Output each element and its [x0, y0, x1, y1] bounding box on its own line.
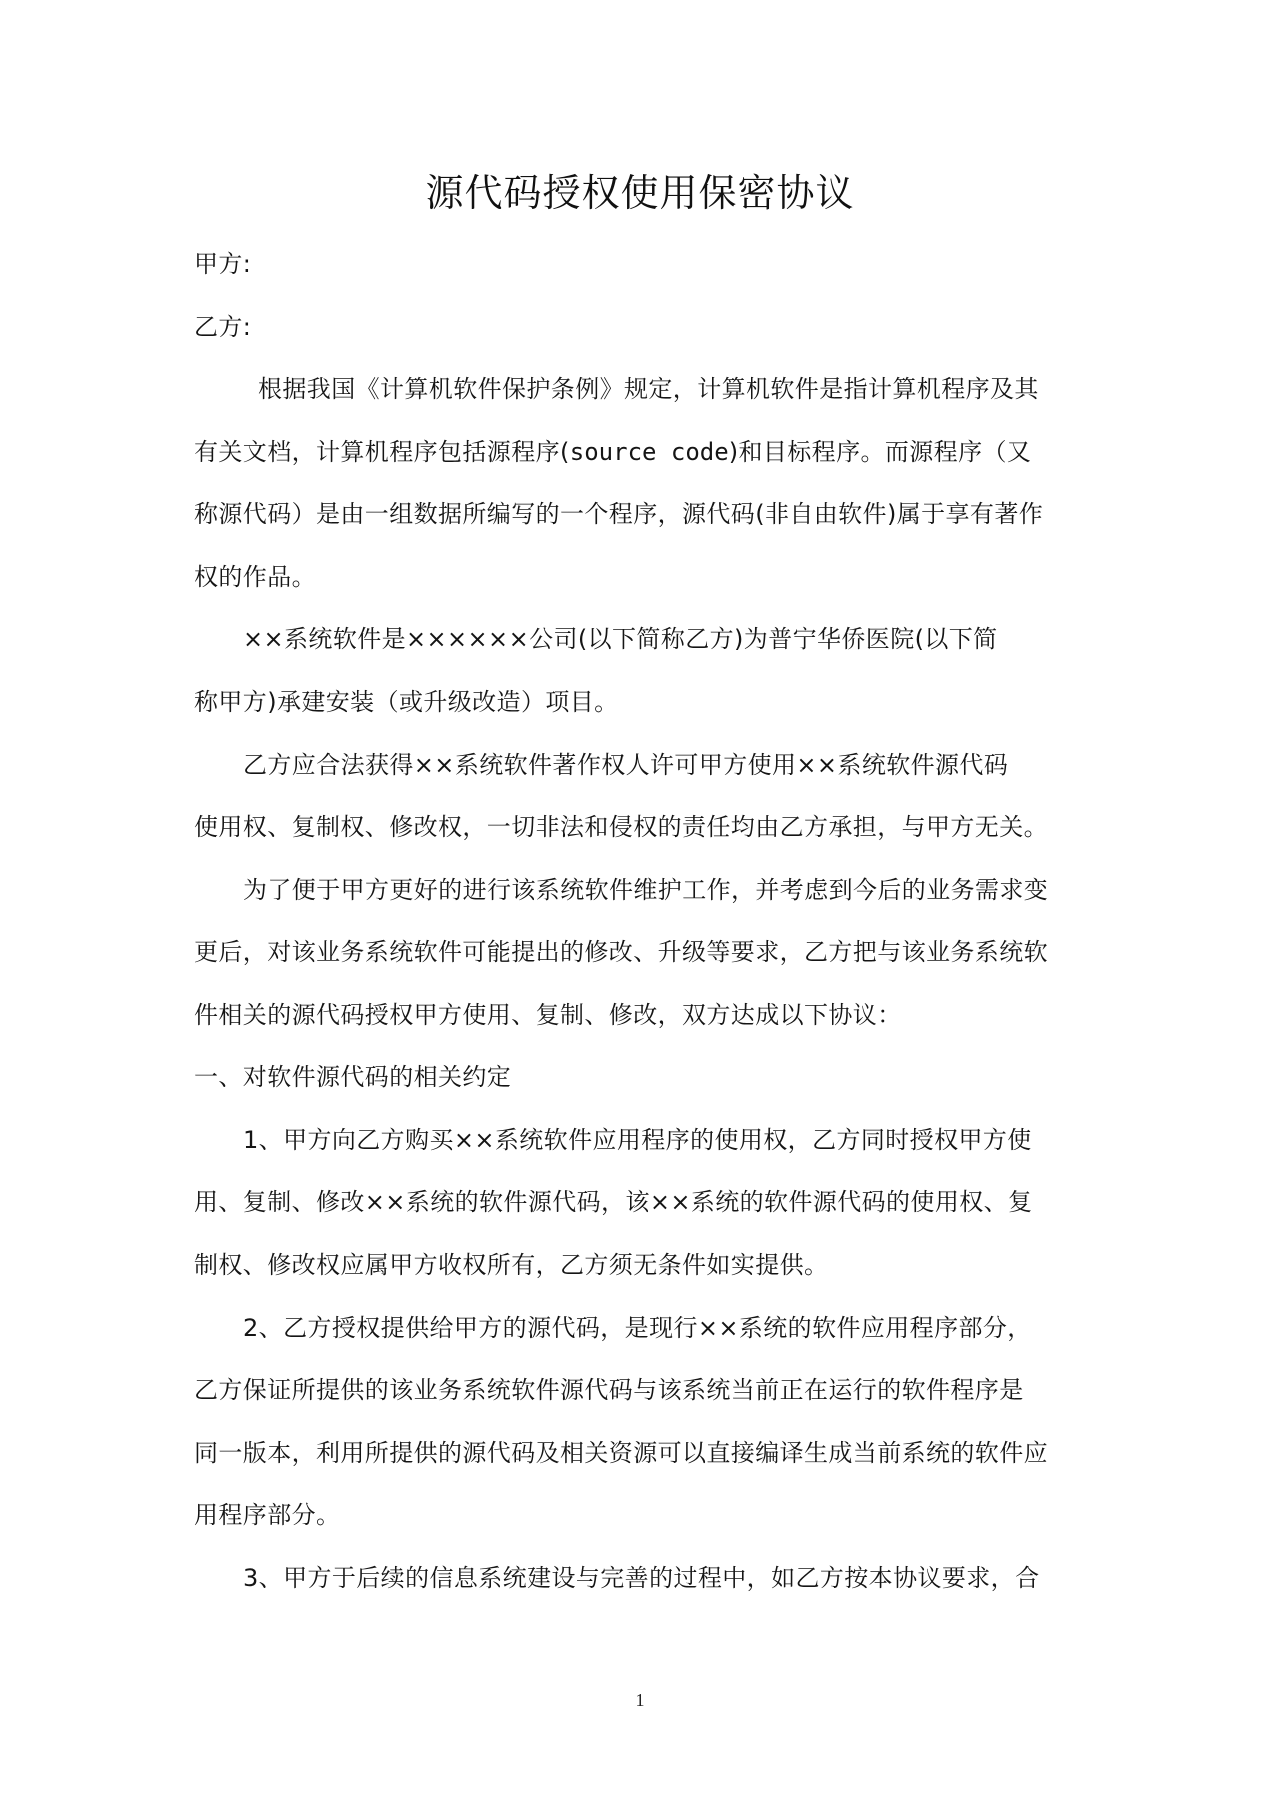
document-title: 源代码授权使用保密协议: [0, 168, 1280, 218]
text-segment: 有关文档，计算机程序包括源程序(: [194, 438, 570, 466]
clause-line: 用程序部分。: [194, 1497, 1094, 1533]
paragraph-line: ××系统软件是××××××公司(以下简称乙方)为普宁华侨医院(以下简: [243, 621, 1143, 657]
clause-line: 2、乙方授权提供给甲方的源代码，是现行××系统的软件应用程序部分，: [243, 1310, 1143, 1346]
party-a-label: 甲方:: [194, 246, 1094, 282]
paragraph-line: 使用权、复制权、修改权，一切非法和侵权的责任均由乙方承担，与甲方无关。: [194, 809, 1094, 845]
paragraph-line: 权的作品。: [194, 559, 1094, 595]
party-b-label: 乙方:: [194, 309, 1094, 345]
section-heading: 一、对软件源代码的相关约定: [194, 1059, 1094, 1095]
clause-line: 乙方保证所提供的该业务系统软件源代码与该系统当前正在运行的软件程序是: [194, 1372, 1094, 1408]
paragraph-line: 为了便于甲方更好的进行该系统软件维护工作，并考虑到今后的业务需求变: [243, 872, 1143, 908]
clause-line: 3、甲方于后续的信息系统建设与完善的过程中，如乙方按本协议要求，合: [243, 1560, 1143, 1596]
clause-line: 制权、修改权应属甲方收权所有，乙方须无条件如实提供。: [194, 1247, 1094, 1283]
paragraph-line: 乙方应合法获得××系统软件著作权人许可甲方使用××系统软件源代码: [243, 747, 1143, 783]
paragraph-line: 称源代码）是由一组数据所编写的一个程序，源代码(非自由软件)属于享有著作: [194, 496, 1094, 532]
paragraph-line: 根据我国《计算机软件保护条例》规定，计算机软件是指计算机程序及其: [258, 371, 1158, 407]
clause-line: 用、复制、修改××系统的软件源代码，该××系统的软件源代码的使用权、复: [194, 1184, 1094, 1220]
paragraph-line: 称甲方)承建安装（或升级改造）项目。: [194, 684, 1094, 720]
text-segment: )和目标程序。而源程序（又: [729, 438, 1032, 466]
page-number: 1: [0, 1688, 1280, 1712]
clause-line: 1、甲方向乙方购买××系统软件应用程序的使用权，乙方同时授权甲方使: [243, 1122, 1143, 1158]
paragraph-line: 件相关的源代码授权甲方使用、复制、修改，双方达成以下协议：: [194, 997, 1094, 1033]
document-page: 源代码授权使用保密协议 甲方: 乙方: 根据我国《计算机软件保护条例》规定，计算…: [0, 0, 1280, 1810]
clause-line: 同一版本，利用所提供的源代码及相关资源可以直接编译生成当前系统的软件应: [194, 1435, 1094, 1471]
paragraph-line: 更后，对该业务系统软件可能提出的修改、升级等要求，乙方把与该业务系统软: [194, 934, 1094, 970]
paragraph-line: 有关文档，计算机程序包括源程序(source code)和目标程序。而源程序（又: [194, 434, 1094, 470]
code-term: source code: [570, 438, 729, 466]
